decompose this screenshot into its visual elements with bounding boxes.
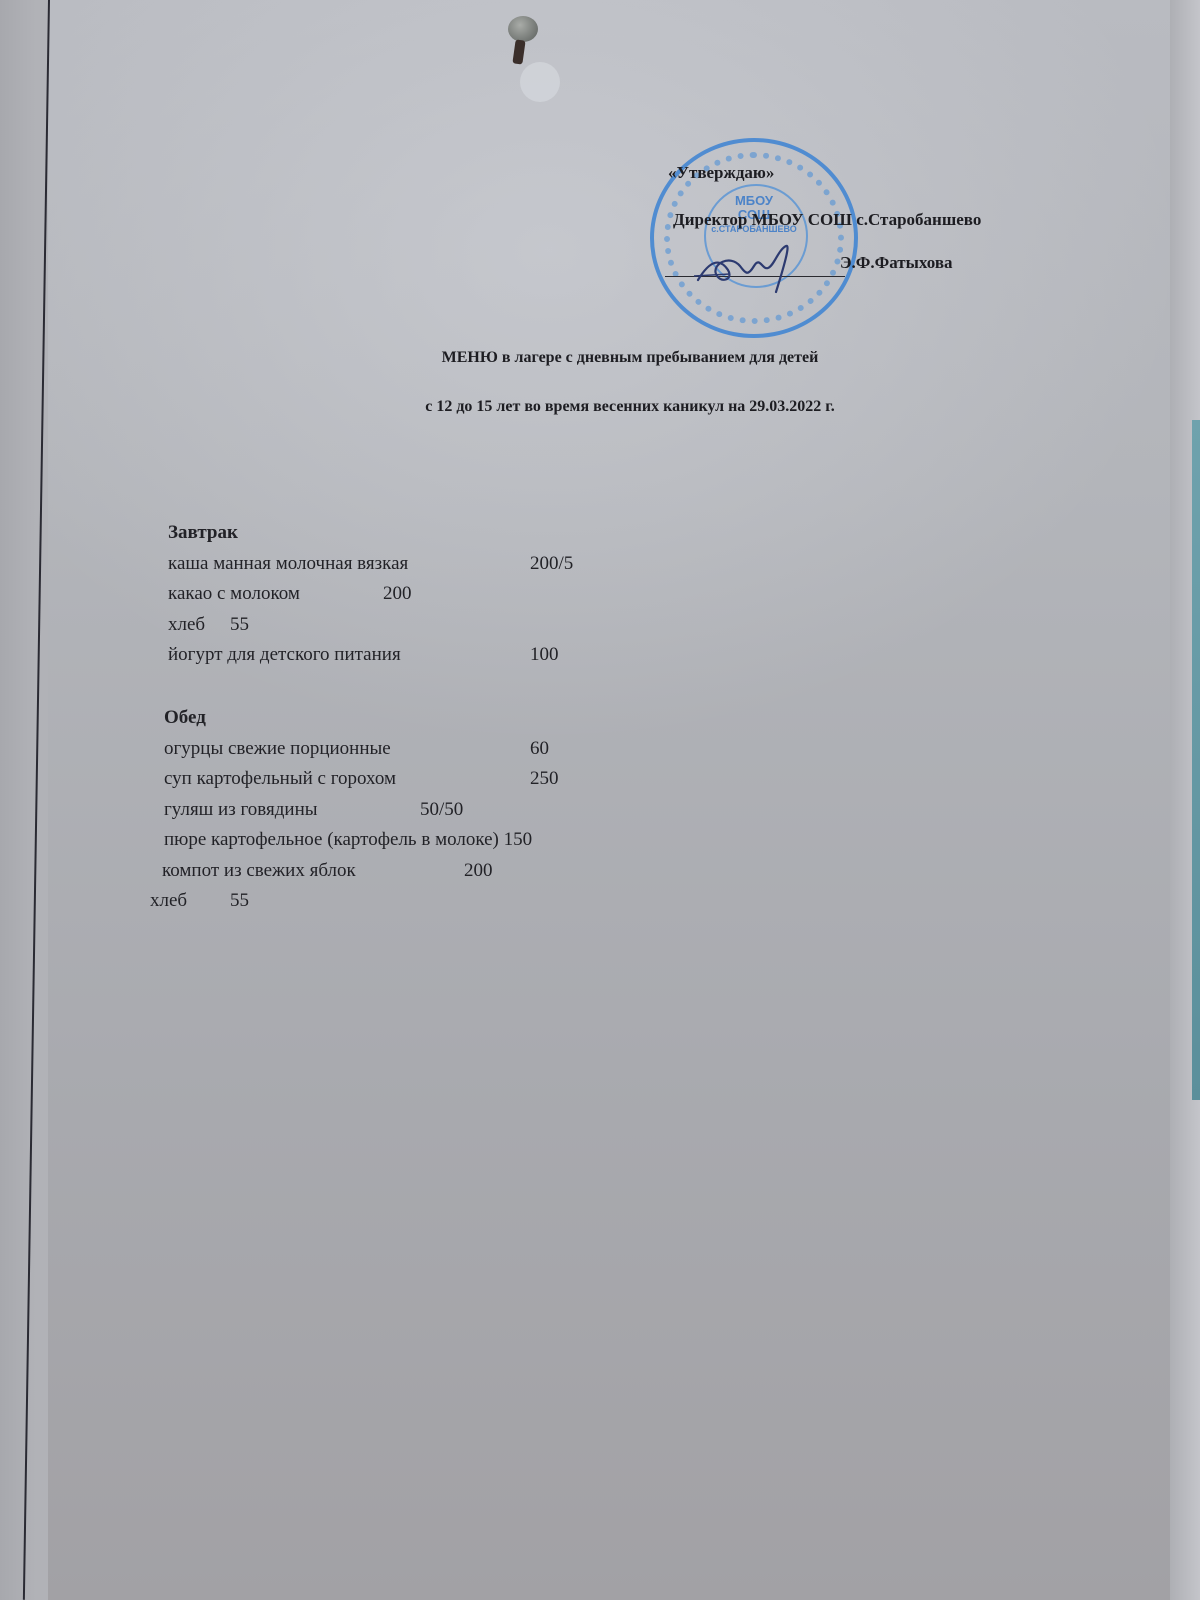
menu-item: хлеб 55	[168, 610, 408, 641]
menu-item: пюре картофельное (картофель в молоке) 1…	[164, 825, 532, 856]
menu-item-name: гуляш из говядины	[164, 799, 318, 820]
menu-item: какао с молоком 200	[168, 579, 408, 610]
sheet-edge	[23, 0, 50, 1600]
document-title: МЕНЮ в лагере с дневным пребыванием для …	[330, 349, 930, 367]
menu-item: огурцы свежие порционные 60	[164, 734, 532, 765]
menu-item-qty: 200	[383, 579, 412, 610]
pin-shadow	[520, 62, 560, 102]
background-wall-patch	[1192, 420, 1200, 1100]
approval-title: «Утверждаю»	[668, 163, 774, 183]
menu-item-name: пюре картофельное (картофель в молоке)	[164, 829, 499, 850]
menu-item: гуляш из говядины 50/50	[164, 795, 532, 826]
menu-item-name: суп картофельный с горохом	[164, 768, 396, 789]
menu-item: суп картофельный с горохом 250	[164, 764, 532, 795]
menu-section-breakfast: Завтрак каша манная молочная вязкая 200/…	[168, 518, 408, 671]
menu-item-qty: 200	[464, 856, 493, 887]
menu-item-qty: 60	[530, 734, 549, 765]
menu-item-qty: 50/50	[420, 795, 463, 826]
section-heading: Завтрак	[168, 518, 408, 549]
push-pin-icon	[508, 16, 538, 42]
menu-item: йогурт для детского питания 100	[168, 640, 408, 671]
menu-item-qty: 150	[504, 829, 533, 850]
menu-item: компот из свежих яблок 200	[162, 856, 530, 887]
approval-director-line: Директор МБОУ СОШ с.Старобаншево	[673, 210, 981, 230]
stamp-text-line: МБОУ	[654, 194, 854, 208]
menu-item-qty: 55	[230, 886, 249, 917]
section-heading: Обед	[164, 703, 532, 734]
menu-item-name: каша манная молочная вязкая	[168, 553, 408, 574]
menu-section-lunch: Обед огурцы свежие порционные 60 суп кар…	[164, 703, 532, 917]
approval-name: Э.Ф.Фатыхова	[840, 253, 953, 273]
menu-item-name: хлеб	[150, 890, 187, 911]
document-subtitle: с 12 до 15 лет во время весенних каникул…	[330, 398, 930, 416]
menu-item-name: огурцы свежие порционные	[164, 738, 391, 759]
menu-item-qty: 200/5	[530, 549, 573, 580]
menu-item-name: компот из свежих яблок	[162, 860, 356, 881]
signature-icon	[690, 240, 810, 295]
menu-item-name: йогурт для детского питания	[168, 644, 401, 665]
menu-item-qty: 100	[530, 640, 559, 671]
menu-item: хлеб 55	[150, 886, 518, 917]
menu-item: каша манная молочная вязкая 200/5	[168, 549, 408, 580]
menu-item-qty: 250	[530, 764, 559, 795]
menu-item-qty: 55	[230, 610, 249, 641]
menu-item-name: хлеб	[168, 614, 205, 635]
menu-item-name: какао с молоком	[168, 583, 300, 604]
